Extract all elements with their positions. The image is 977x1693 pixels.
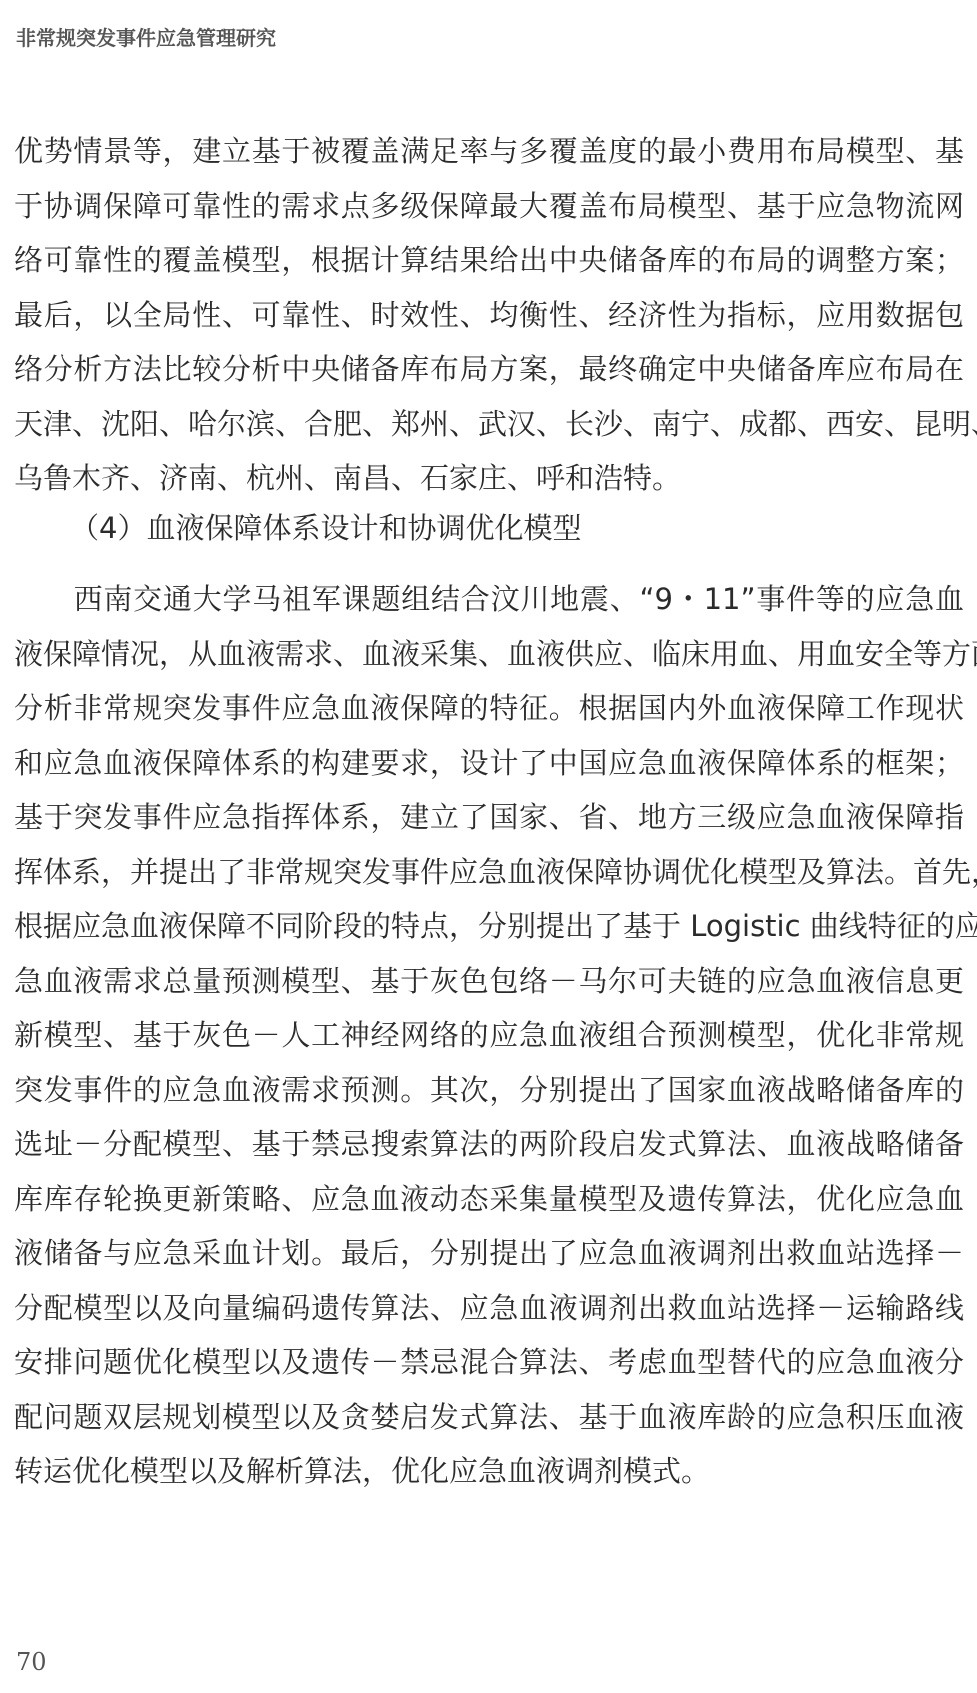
text-line: 分配模型以及向量编码遗传算法、应急血液调剂出救血站选择－运输路线 [14,1281,964,1336]
text-line: 安排问题优化模型以及遗传－禁忌混合算法、考虑血型替代的应急血液分 [14,1335,964,1390]
running-header-title: 非常规突发事件应急管理研究 [16,22,276,51]
text-line: 分析非常规突发事件应急血液保障的特征。根据国内外血液保障工作现状 [14,681,964,736]
text-line: 液保障情况，从血液需求、血液采集、血液供应、临床用血、用血安全等方面， [14,627,964,682]
text-line: 天津、沈阳、哈尔滨、合肥、郑州、武汉、长沙、南宁、成都、西安、昆明、 [14,397,964,452]
text-line: 突发事件的应急血液需求预测。其次，分别提出了国家血液战略储备库的 [14,1063,964,1118]
text-line: 最后，以全局性、可靠性、时效性、均衡性、经济性为指标，应用数据包 [14,288,964,343]
text-line: 根据应急血液保障不同阶段的特点，分别提出了基于 Logistic 曲线特征的应 [14,899,964,954]
text-line: 络可靠性的覆盖模型，根据计算结果给出中央储备库的布局的调整方案； [14,233,964,288]
text-line: 配问题双层规划模型以及贪婪启发式算法、基于血液库龄的应急积压血液 [14,1390,964,1445]
paragraph-blood-supply-system: 西南交通大学马祖军课题组结合汶川地震、“9・11”事件等的应急血 液保障情况，从… [14,572,964,1499]
text-line: 优势情景等，建立基于被覆盖满足率与多覆盖度的最小费用布局模型、基 [14,124,964,179]
text-line: 新模型、基于灰色－人工神经网络的应急血液组合预测模型，优化非常规 [14,1008,964,1063]
text-line: 基于突发事件应急指挥体系，建立了国家、省、地方三级应急血液保障指 [14,790,964,845]
page-number: 70 [16,1648,47,1676]
text-line: 转运优化模型以及解析算法，优化应急血液调剂模式。 [14,1444,964,1499]
text-line: 络分析方法比较分析中央储备库布局方案，最终确定中央储备库应布局在 [14,342,964,397]
text-line: 西南交通大学马祖军课题组结合汶川地震、“9・11”事件等的应急血 [14,572,964,627]
text-line: 急血液需求总量预测模型、基于灰色包络－马尔可夫链的应急血液信息更 [14,954,964,1009]
section-heading-blood-supply: （4）血液保障体系设计和协调优化模型 [70,506,581,550]
paragraph-central-reserve-layout: 优势情景等，建立基于被覆盖满足率与多覆盖度的最小费用布局模型、基 于协调保障可靠… [14,124,964,506]
text-line: 选址－分配模型、基于禁忌搜索算法的两阶段启发式算法、血液战略储备 [14,1117,964,1172]
text-line: 液储备与应急采血计划。最后，分别提出了应急血液调剂出救血站选择－ [14,1226,964,1281]
text-line: 库库存轮换更新策略、应急血液动态采集量模型及遗传算法，优化应急血 [14,1172,964,1227]
text-line: 乌鲁木齐、济南、杭州、南昌、石家庄、呼和浩特。 [14,451,964,506]
text-line: 和应急血液保障体系的构建要求，设计了中国应急血液保障体系的框架； [14,736,964,791]
text-line: 挥体系，并提出了非常规突发事件应急血液保障协调优化模型及算法。首先， [14,845,964,900]
text-line: 于协调保障可靠性的需求点多级保障最大覆盖布局模型、基于应急物流网 [14,179,964,234]
